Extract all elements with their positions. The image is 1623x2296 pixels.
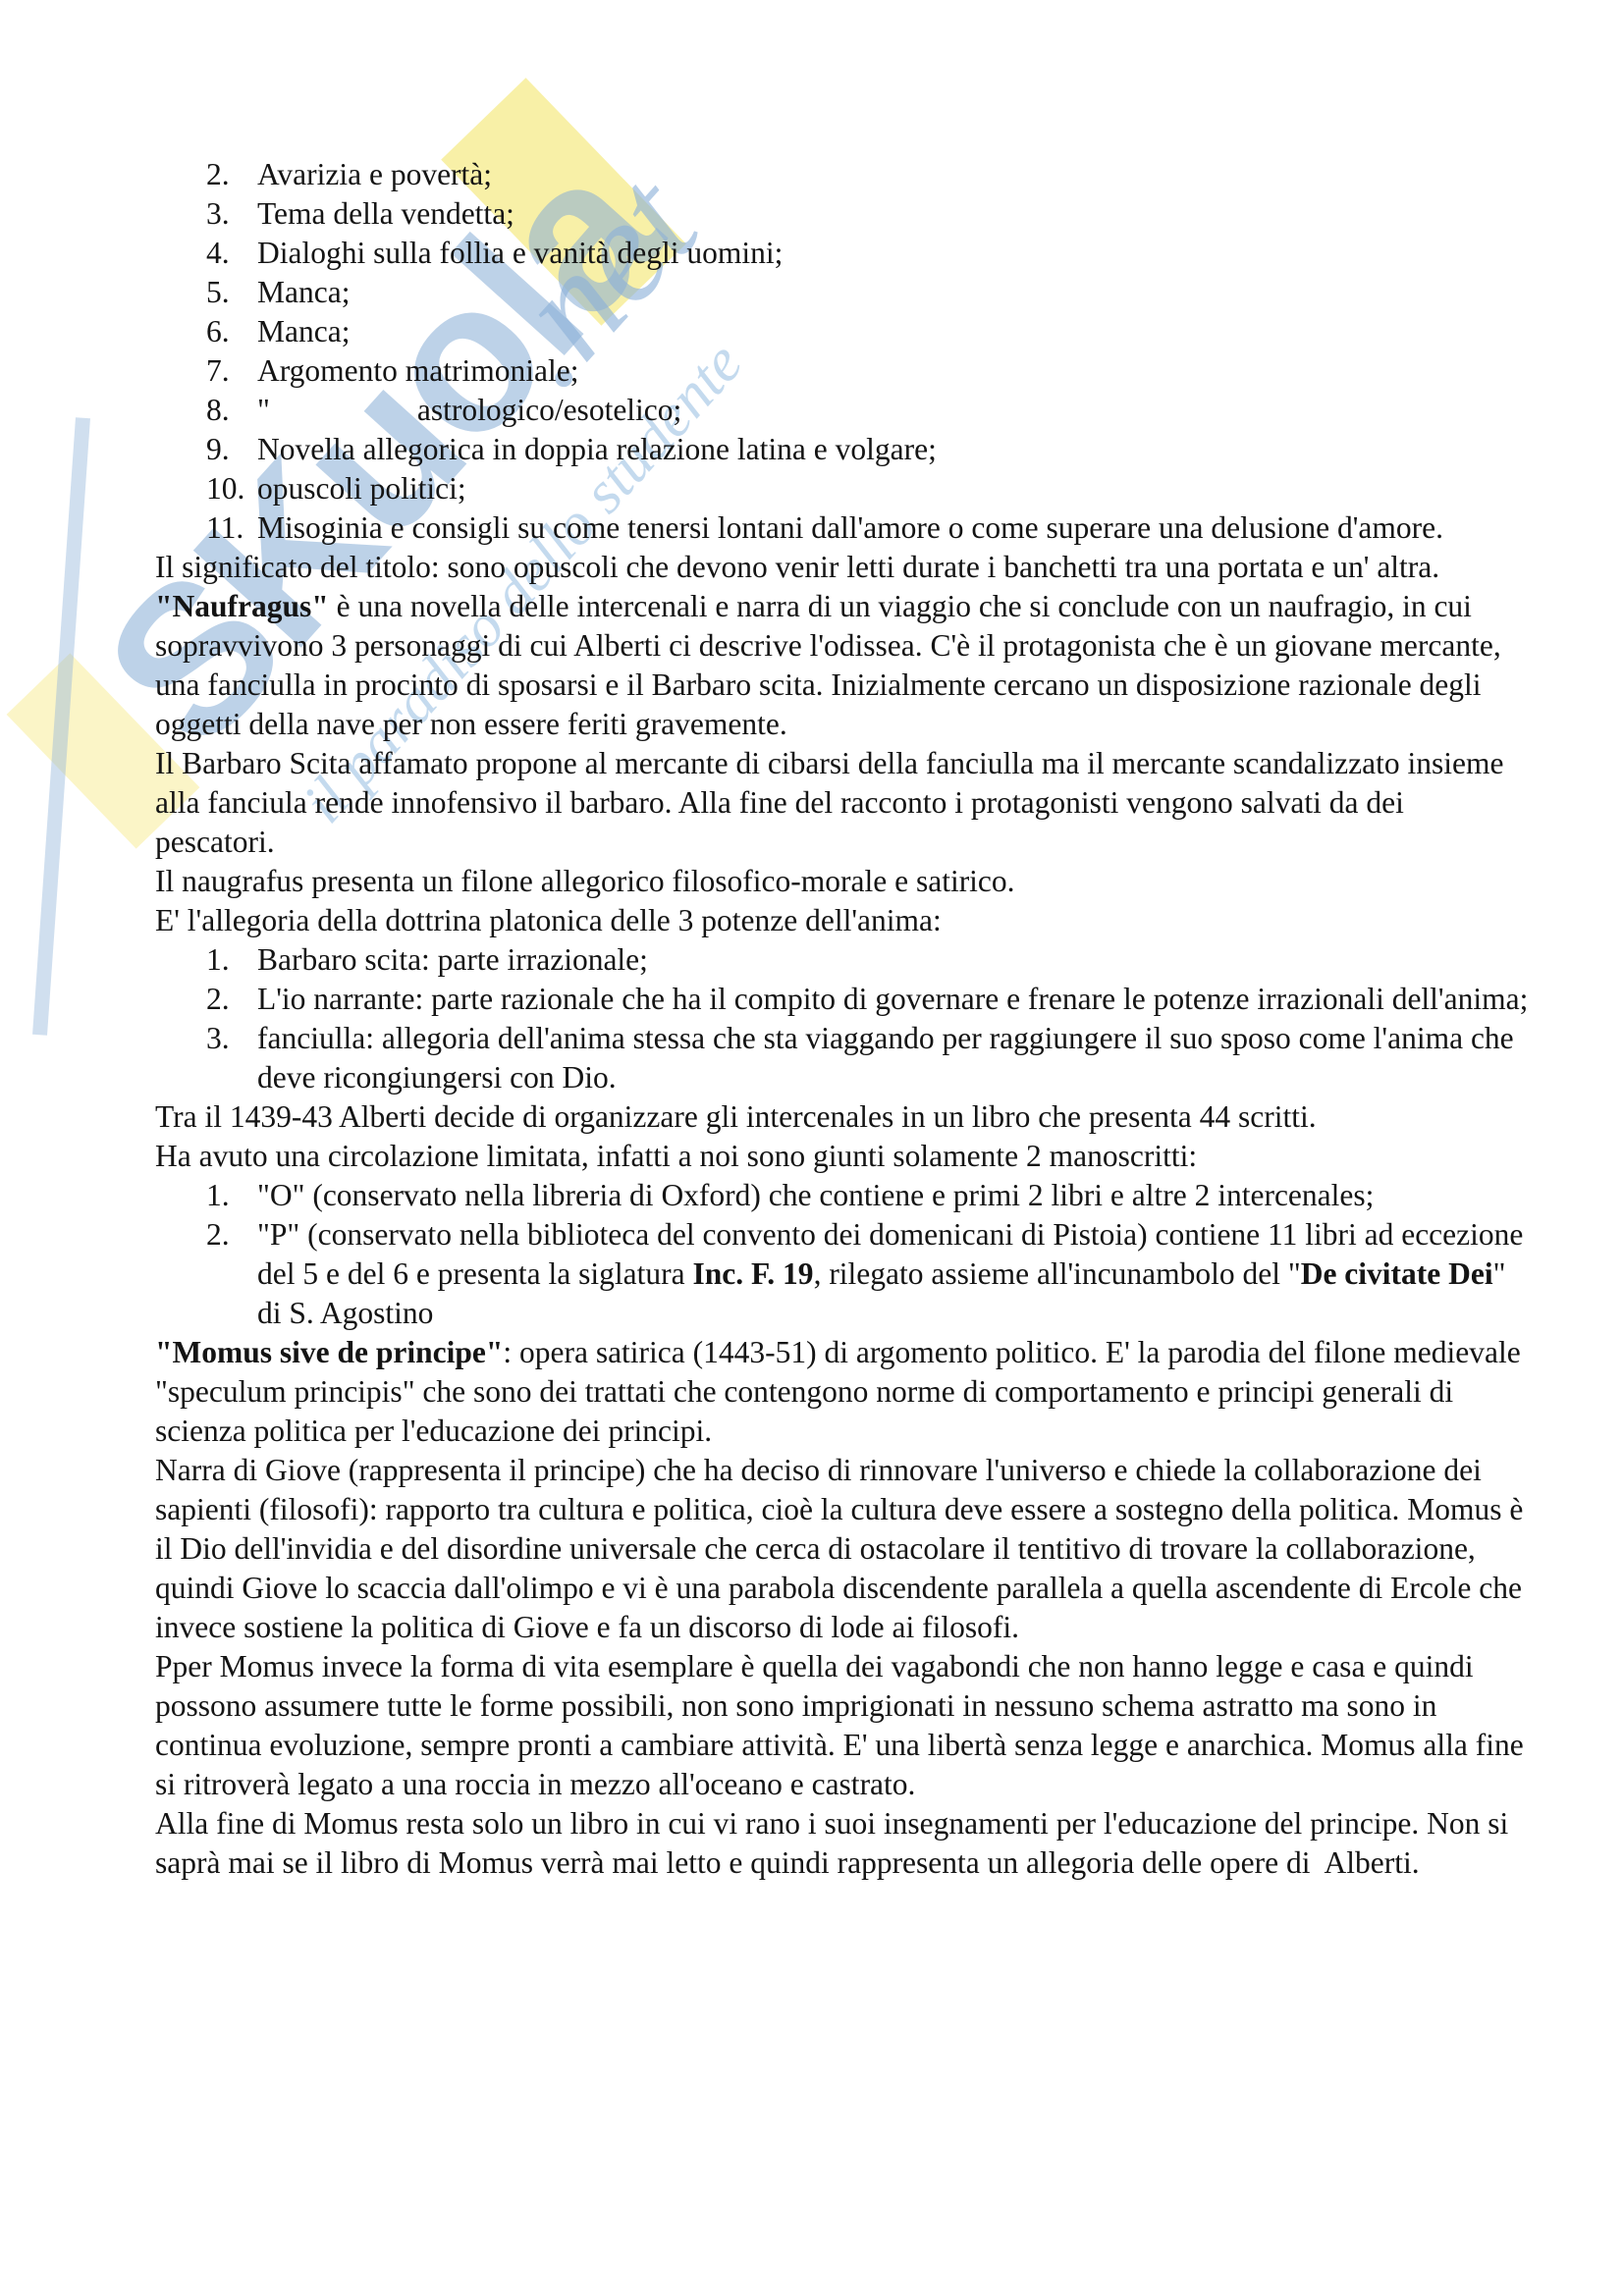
list-item-text: Manca;	[257, 273, 1530, 312]
list-item: 5.Manca;	[155, 273, 1530, 312]
list-marker: 3.	[206, 194, 257, 234]
list-marker: 3.	[206, 1019, 257, 1097]
text-run: Argomento matrimoniale;	[257, 353, 578, 388]
text-run: Il naugrafus presenta un filone allegori…	[155, 864, 1015, 898]
document-content: 2.Avarizia e povertà;3.Tema della vendet…	[155, 155, 1530, 1883]
text-run: Narra di Giove (rappresenta il principe)…	[155, 1453, 1531, 1644]
list-item-text: Avarizia e povertà;	[257, 155, 1530, 194]
list-marker: 1.	[206, 1176, 257, 1215]
paragraph: Il Barbaro Scita affamato propone al mer…	[155, 744, 1530, 862]
list-item: 10.opuscoli politici;	[155, 469, 1530, 508]
paragraph: Ha avuto una circolazione limitata, infa…	[155, 1137, 1530, 1176]
text-run: , rilegato assieme all'incunambolo del "	[814, 1256, 1301, 1291]
list-item-text: "P" (conservato nella biblioteca del con…	[257, 1215, 1530, 1333]
paragraph: Alla fine di Momus resta solo un libro i…	[155, 1804, 1530, 1883]
list-item: 4.Dialoghi sulla follia e vanità degli u…	[155, 234, 1530, 273]
watermark-letter-stroke	[32, 417, 90, 1036]
list-item: 2.L'io narrante: parte razionale che ha …	[155, 980, 1530, 1019]
text-run: Il Barbaro Scita affamato propone al mer…	[155, 746, 1511, 859]
list-item-text: fanciulla: allegoria dell'anima stessa c…	[257, 1019, 1530, 1097]
text-run: Dialoghi sulla follia e vanità degli uom…	[257, 236, 783, 270]
paragraph: Il naugrafus presenta un filone allegori…	[155, 862, 1530, 901]
list-item: 1."O" (conservato nella libreria di Oxfo…	[155, 1176, 1530, 1215]
text-run: Manca;	[257, 314, 350, 348]
list-item-text: Tema della vendetta;	[257, 194, 1530, 234]
text-run: E' l'allegoria della dottrina platonica …	[155, 903, 942, 937]
text-run: Il significato del titolo: sono opuscoli…	[155, 550, 1439, 584]
paragraph: Pper Momus invece la forma di vita esemp…	[155, 1647, 1530, 1804]
list-marker: 2.	[206, 980, 257, 1019]
list-item: 3.Tema della vendetta;	[155, 194, 1530, 234]
list-item: 6.Manca;	[155, 312, 1530, 351]
text-run: Misoginia e consigli su come tenersi lon…	[257, 510, 1443, 545]
list-item-text: Manca;	[257, 312, 1530, 351]
bold-text-run: Inc. F. 19	[692, 1256, 813, 1291]
text-run: Manca;	[257, 275, 350, 309]
paragraph: Il significato del titolo: sono opuscoli…	[155, 548, 1530, 587]
paragraph: "Naufragus" è una novella delle intercen…	[155, 587, 1530, 744]
paragraph: E' l'allegoria della dottrina platonica …	[155, 901, 1530, 940]
bold-text-run: "Naufragus"	[155, 589, 329, 623]
text-run: è una novella delle intercenali e narra …	[155, 589, 1509, 741]
text-run: Avarizia e povertà;	[257, 157, 492, 191]
text-run: Ha avuto una circolazione limitata, infa…	[155, 1139, 1197, 1173]
list-marker: 9.	[206, 430, 257, 469]
text-run: "O" (conservato nella libreria di Oxford…	[257, 1178, 1374, 1212]
list-item: 7.Argomento matrimoniale;	[155, 351, 1530, 391]
list-item-text: opuscoli politici;	[257, 469, 1530, 508]
list-marker: 8.	[206, 391, 257, 430]
list-item-text: L'io narrante: parte razionale che ha il…	[257, 980, 1530, 1019]
list-item: 1.Barbaro scita: parte irrazionale;	[155, 940, 1530, 980]
list-item-text: Argomento matrimoniale;	[257, 351, 1530, 391]
text-run: fanciulla: allegoria dell'anima stessa c…	[257, 1021, 1522, 1095]
text-run: Tema della vendetta;	[257, 196, 514, 231]
bold-text-run: "Momus sive de principe"	[155, 1335, 503, 1369]
text-run: L'io narrante: parte razionale che ha il…	[257, 982, 1528, 1016]
paragraph: Tra il 1439-43 Alberti decide di organiz…	[155, 1097, 1530, 1137]
list-item: 2."P" (conservato nella biblioteca del c…	[155, 1215, 1530, 1333]
list-item-text: "O" (conservato nella libreria di Oxford…	[257, 1176, 1530, 1215]
list-item-text: "astrologico/esotelico;	[257, 391, 1530, 430]
list-item: 3.fanciulla: allegoria dell'anima stessa…	[155, 1019, 1530, 1097]
text-run: Novella allegorica in doppia relazione l…	[257, 432, 937, 466]
list-marker: 6.	[206, 312, 257, 351]
list-marker: 11.	[206, 508, 257, 548]
list-item-text: Dialoghi sulla follia e vanità degli uom…	[257, 234, 1530, 273]
text-run: astrologico/esotelico;	[417, 393, 681, 427]
paragraph: "Momus sive de principe": opera satirica…	[155, 1333, 1530, 1451]
list-marker: 10.	[206, 469, 257, 508]
list-marker: 2.	[206, 1215, 257, 1333]
list-item-text: Misoginia e consigli su come tenersi lon…	[257, 508, 1530, 548]
text-run: "	[257, 393, 270, 427]
list-marker: 5.	[206, 273, 257, 312]
list-marker: 2.	[206, 155, 257, 194]
text-run: Barbaro scita: parte irrazionale;	[257, 942, 648, 977]
list-item: 8."astrologico/esotelico;	[155, 391, 1530, 430]
list-item-text: Novella allegorica in doppia relazione l…	[257, 430, 1530, 469]
list-item: 2.Avarizia e povertà;	[155, 155, 1530, 194]
paragraph: Narra di Giove (rappresenta il principe)…	[155, 1451, 1530, 1647]
bold-text-run: De civitate Dei	[1301, 1256, 1493, 1291]
list-item-text: Barbaro scita: parte irrazionale;	[257, 940, 1530, 980]
list-item: 11.Misoginia e consigli su come tenersi …	[155, 508, 1530, 548]
text-run: Pper Momus invece la forma di vita esemp…	[155, 1649, 1532, 1801]
text-run: Alla fine di Momus resta solo un libro i…	[155, 1806, 1516, 1880]
list-item: 9.Novella allegorica in doppia relazione…	[155, 430, 1530, 469]
list-marker: 4.	[206, 234, 257, 273]
text-run: opuscoli politici;	[257, 471, 466, 506]
text-run: Tra il 1439-43 Alberti decide di organiz…	[155, 1099, 1317, 1134]
list-marker: 7.	[206, 351, 257, 391]
list-marker: 1.	[206, 940, 257, 980]
